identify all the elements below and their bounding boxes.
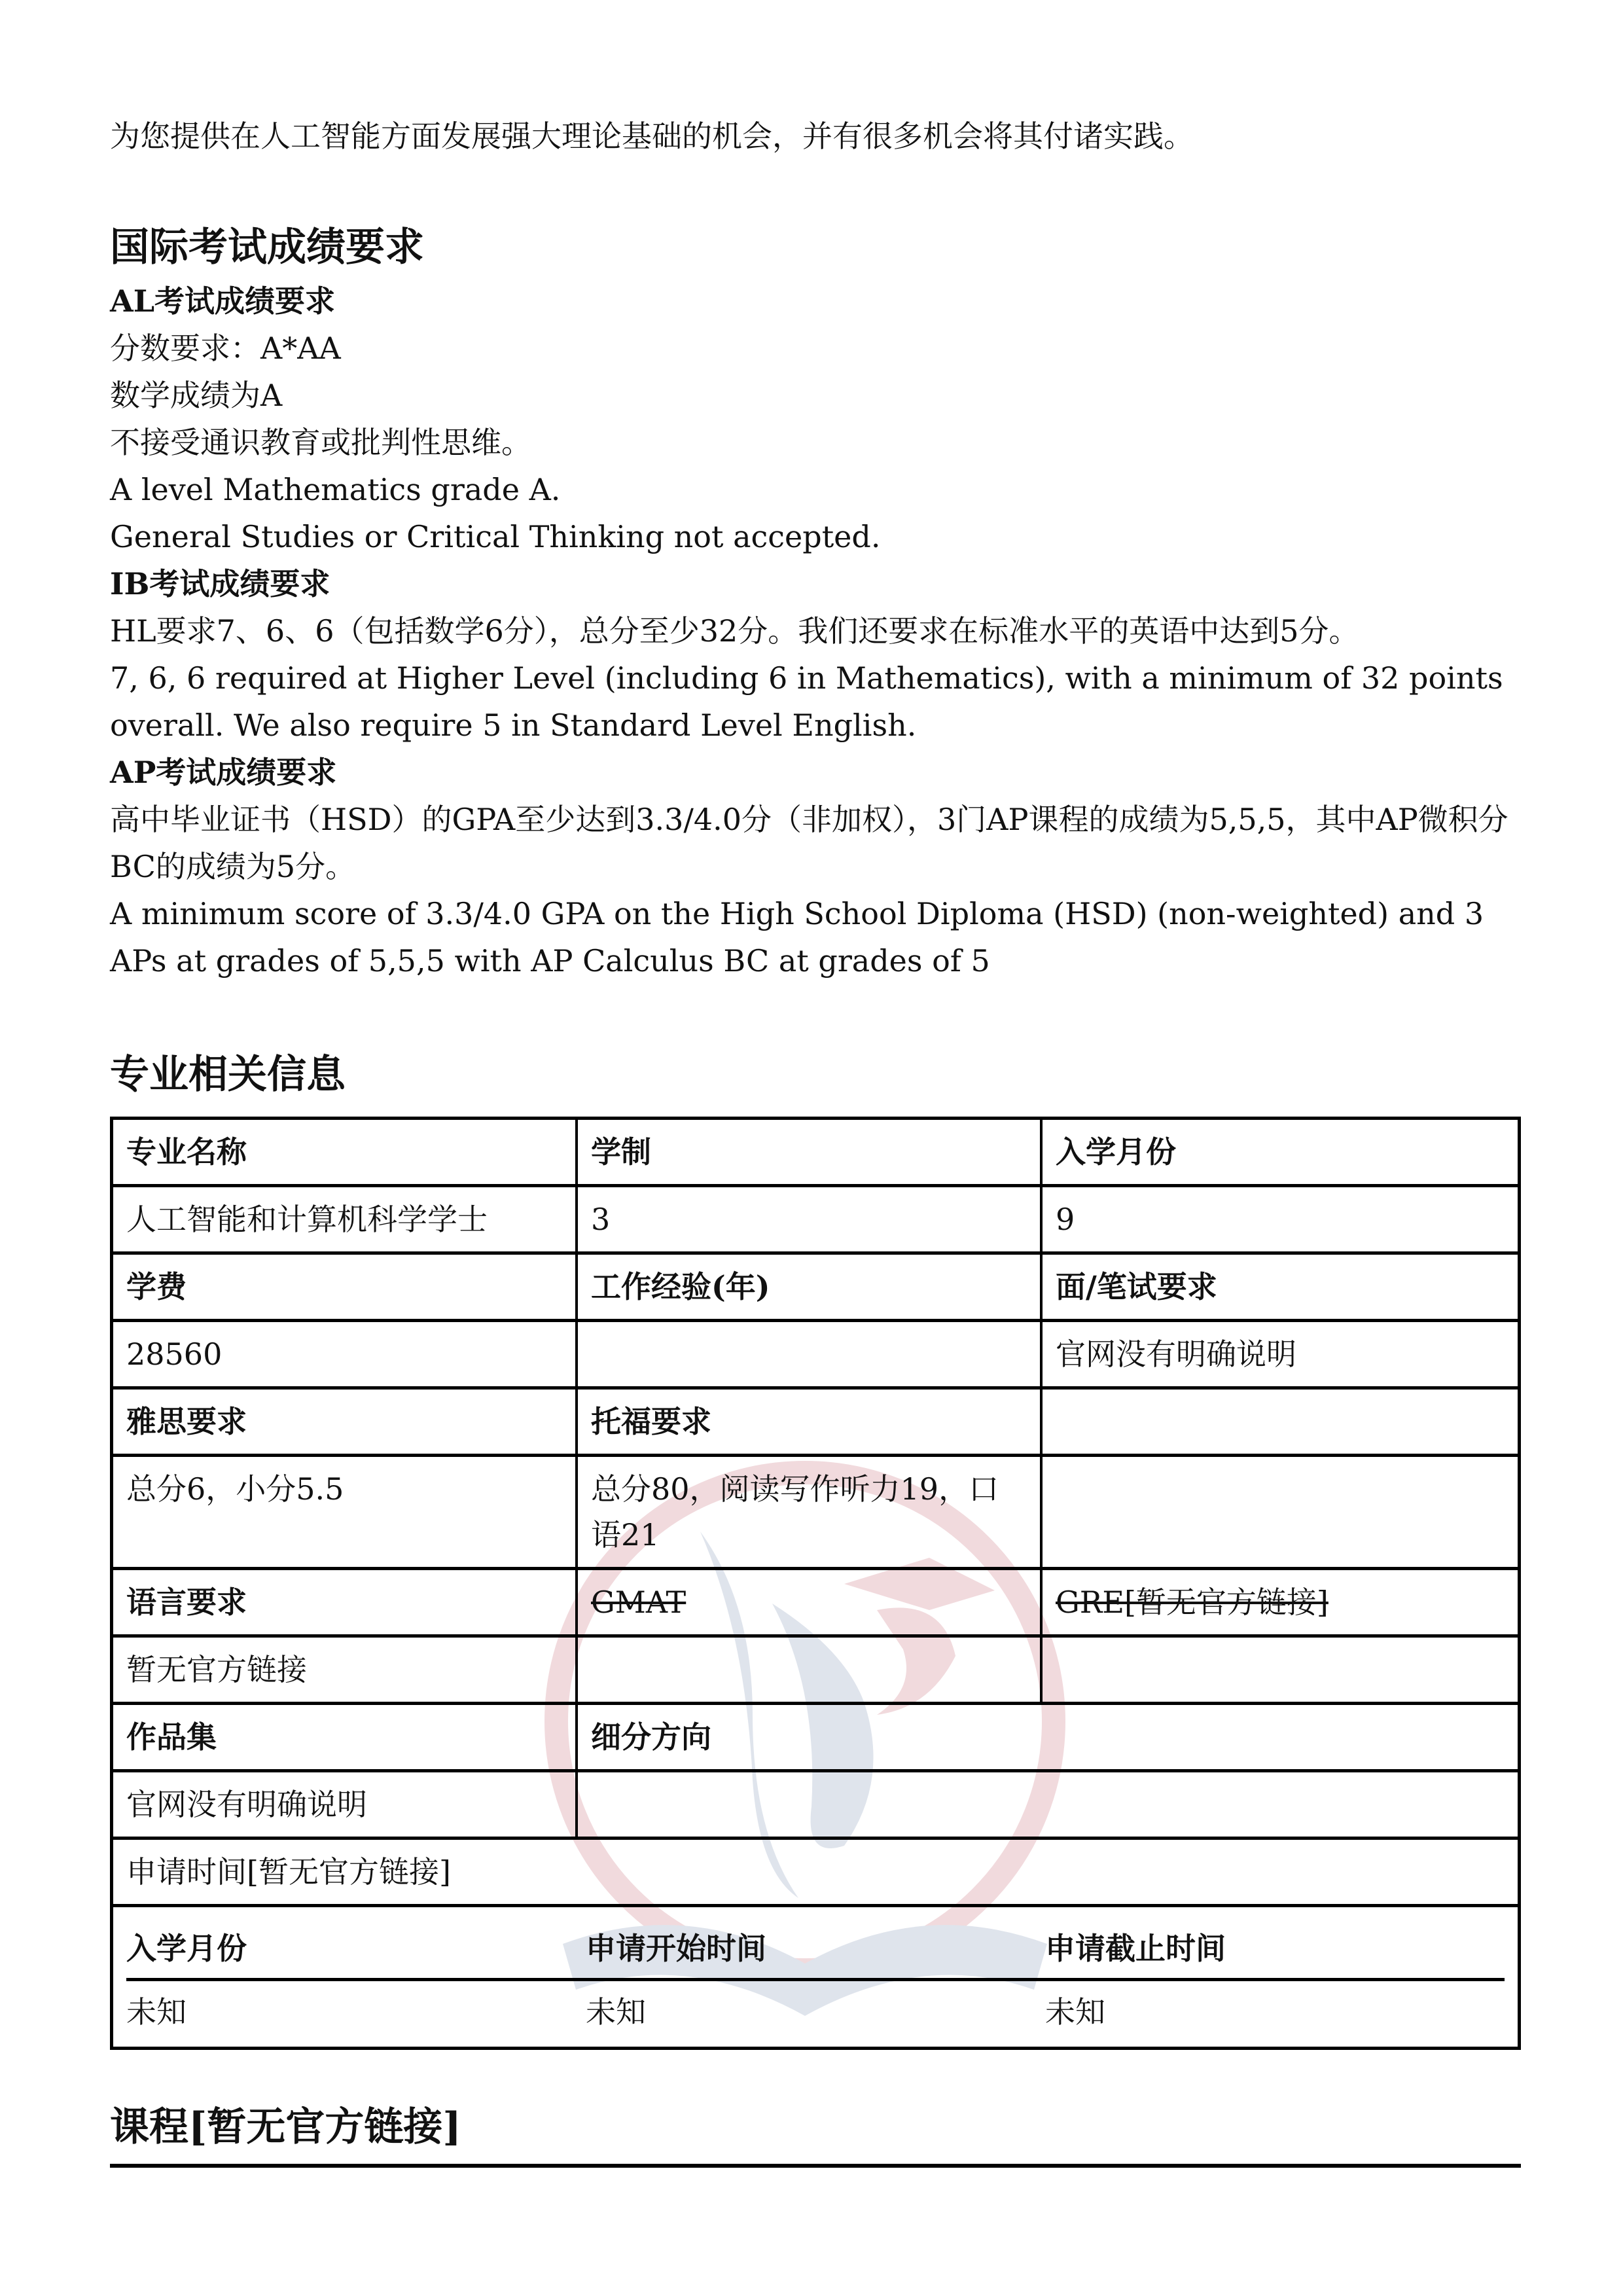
- table-row: 学费 工作经验(年) 面/笔试要求: [113, 1255, 1518, 1322]
- section-divider: [110, 2164, 1521, 2168]
- header-language: 语言要求: [113, 1570, 578, 1634]
- interview-value: 官网没有明确说明: [1043, 1322, 1518, 1386]
- al-requirements: AL考试成绩要求 分数要求：A*AA 数学成绩为A 不接受通识教育或批判性思维。…: [110, 278, 1524, 984]
- table-row: 暂无官方链接: [113, 1638, 1518, 1705]
- header-interview: 面/笔试要求: [1043, 1255, 1518, 1319]
- intake-month-value: 9: [1043, 1187, 1518, 1251]
- ib-line: HL要求7、6、6（包括数学6分），总分至少32分。我们还要求在标准水平的英语中…: [110, 607, 1524, 655]
- duration-value: 3: [578, 1187, 1043, 1251]
- ap-line: A minimum score of 3.3/4.0 GPA on the Hi…: [110, 890, 1524, 984]
- program-name-value: 人工智能和计算机科学学士: [113, 1187, 578, 1251]
- table-row: 语言要求 GMAT GRE[暂无官方链接]: [113, 1570, 1518, 1638]
- table-row: 作品集 细分方向: [113, 1705, 1518, 1772]
- schedule-header-deadline: 申请截止时间: [1045, 1916, 1505, 1978]
- al-line: 分数要求：A*AA: [110, 325, 1524, 372]
- application-time-label: 申请时间[暂无官方链接]: [113, 1840, 1518, 1904]
- portfolio-value: 官网没有明确说明: [113, 1772, 578, 1837]
- header-intake-month: 入学月份: [1043, 1120, 1518, 1184]
- gre-value: [1043, 1638, 1518, 1702]
- header-tuition: 学费: [113, 1255, 578, 1319]
- ib-heading: IB考试成绩要求: [110, 560, 1524, 607]
- header-toefl: 托福要求: [578, 1390, 1043, 1454]
- al-line: General Studies or Critical Thinking not…: [110, 513, 1524, 560]
- program-info-table: 专业名称 学制 入学月份 人工智能和计算机科学学士 3 9 学费 工作经验(年)…: [110, 1117, 1521, 2050]
- al-line: 数学成绩为A: [110, 372, 1524, 419]
- table-row: 28560 官网没有明确说明: [113, 1322, 1518, 1390]
- al-line: 不接受通识教育或批判性思维。: [110, 419, 1524, 466]
- al-heading: AL考试成绩要求: [110, 278, 1524, 325]
- al-line: A level Mathematics grade A.: [110, 466, 1524, 513]
- schedule-deadline-value: 未知: [1045, 1981, 1505, 2040]
- language-value: 暂无官方链接: [113, 1638, 578, 1702]
- ap-heading: AP考试成绩要求: [110, 749, 1524, 796]
- gmat-label: GMAT: [578, 1570, 1043, 1634]
- specialization-value: [578, 1772, 1518, 1837]
- gmat-value: [578, 1638, 1043, 1702]
- table-row: 雅思要求 托福要求: [113, 1390, 1518, 1457]
- table-row: 专业名称 学制 入学月份: [113, 1120, 1518, 1187]
- ib-line: 7, 6, 6 required at Higher Level (includ…: [110, 655, 1524, 749]
- exam-section-title: 国际考试成绩要求: [110, 221, 424, 274]
- table-row: 总分6，小分5.5 总分80，阅读写作听力19，口语21: [113, 1457, 1518, 1570]
- schedule-intake-value: 未知: [126, 1981, 586, 2040]
- ap-line: 高中毕业证书（HSD）的GPA至少达到3.3/4.0分（非加权），3门AP课程的…: [110, 796, 1524, 890]
- ielts-value: 总分6，小分5.5: [113, 1457, 578, 1567]
- table-row: 人工智能和计算机科学学士 3 9: [113, 1187, 1518, 1255]
- header-work-experience: 工作经验(年): [578, 1255, 1043, 1319]
- header-program-name: 专业名称: [113, 1120, 578, 1184]
- header-duration: 学制: [578, 1120, 1043, 1184]
- work-experience-value: [578, 1322, 1043, 1386]
- schedule-header-intake: 入学月份: [126, 1916, 586, 1978]
- schedule-open-value: 未知: [586, 1981, 1045, 2040]
- header-specialization: 细分方向: [578, 1705, 1518, 1769]
- empty-cell: [1043, 1390, 1518, 1454]
- course-section-title: 课程[暂无官方链接]: [110, 2101, 461, 2153]
- gre-label: GRE[暂无官方链接]: [1043, 1570, 1518, 1634]
- toefl-value: 总分80，阅读写作听力19，口语21: [578, 1457, 1043, 1567]
- empty-cell: [1043, 1457, 1518, 1567]
- program-section-title: 专业相关信息: [110, 1049, 346, 1101]
- table-row: 官网没有明确说明: [113, 1772, 1518, 1840]
- table-row: 申请时间[暂无官方链接]: [113, 1840, 1518, 1907]
- schedule-row: 入学月份 申请开始时间 申请截止时间 未知 未知 未知: [113, 1907, 1518, 2047]
- schedule-header-open: 申请开始时间: [586, 1916, 1045, 1978]
- application-schedule: 入学月份 申请开始时间 申请截止时间 未知 未知 未知: [113, 1907, 1518, 2047]
- header-portfolio: 作品集: [113, 1705, 578, 1769]
- intro-text: 为您提供在人工智能方面发展强大理论基础的机会，并有很多机会将其付诸实践。: [110, 113, 1194, 160]
- header-ielts: 雅思要求: [113, 1390, 578, 1454]
- tuition-value: 28560: [113, 1322, 578, 1386]
